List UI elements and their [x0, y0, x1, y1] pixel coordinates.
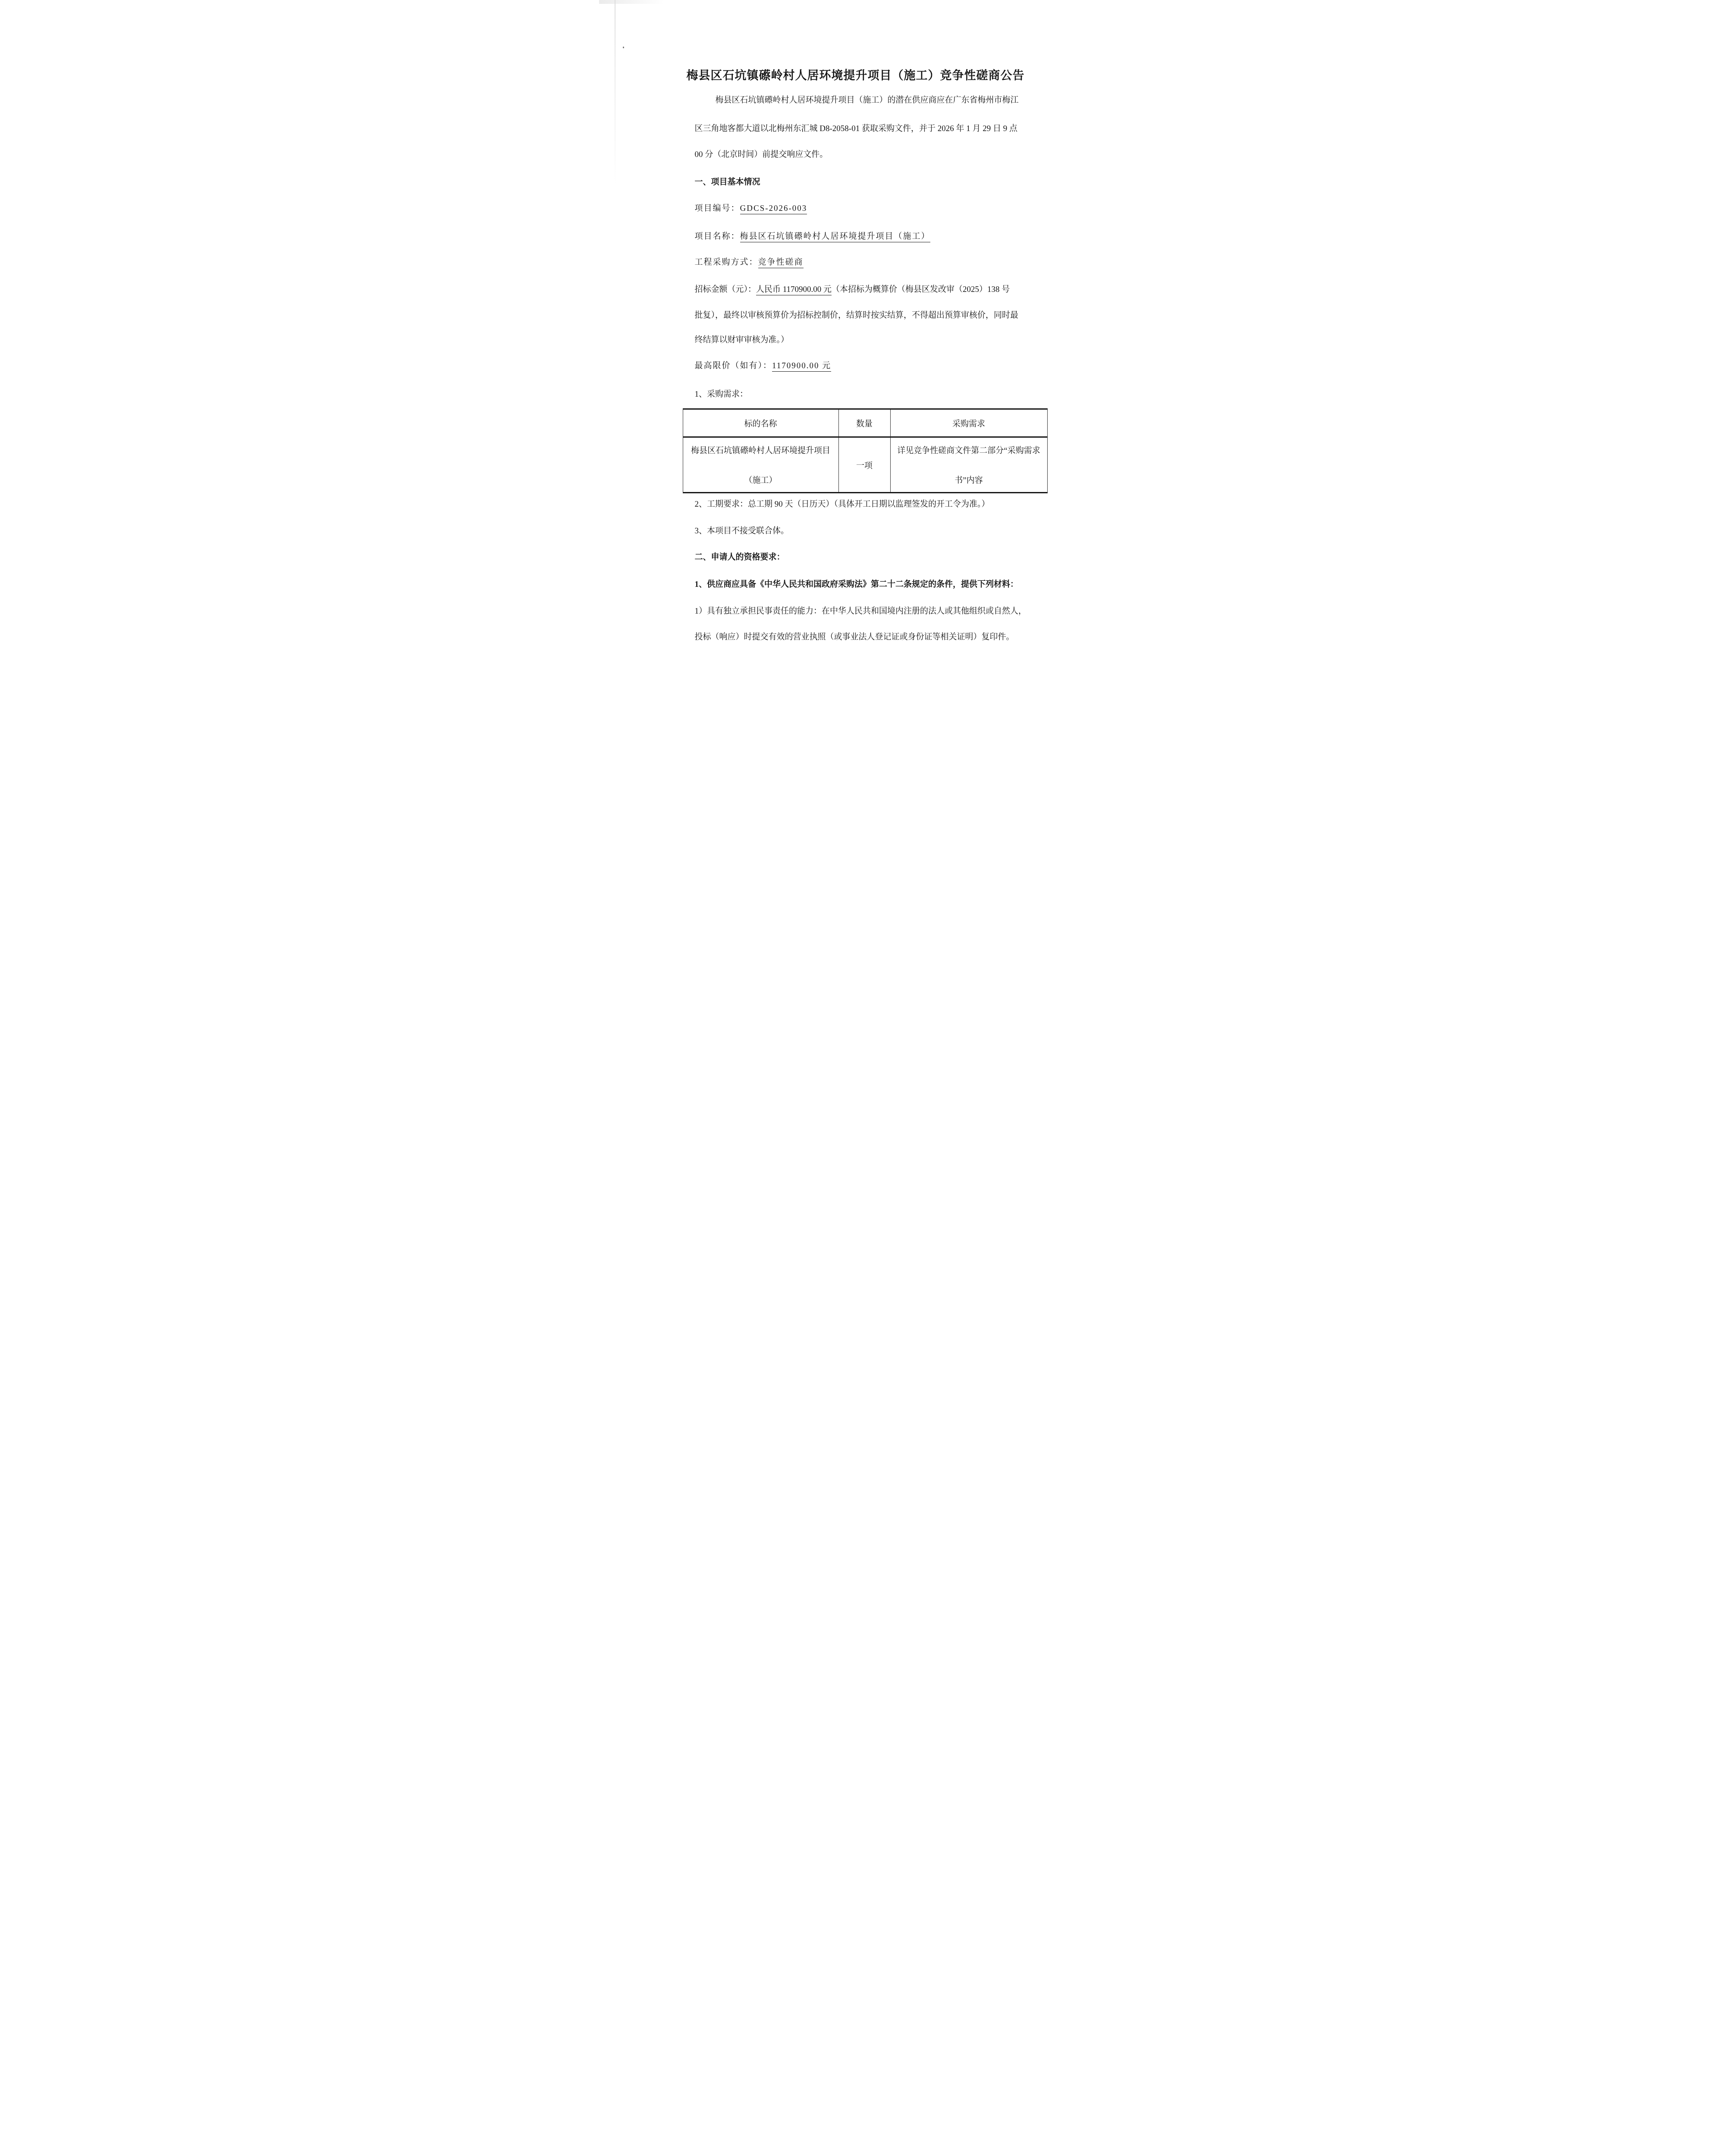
section2-heading: 二、申请人的资格要求：	[695, 552, 785, 563]
page-title: 梅县区石坑镇礤岭村人居环境提升项目（施工）竞争性磋商公告	[599, 66, 1112, 83]
document-page: 梅县区石坑镇礤岭村人居环境提升项目（施工）竞争性磋商公告 梅县区石坑镇礤岭村人居…	[599, 0, 1112, 726]
project-name-value: 梅县区石坑镇礤岭村人居环境提升项目（施工）	[740, 232, 930, 242]
procurement-method-value: 竞争性磋商	[758, 258, 804, 268]
table-header-subject: 标的名称	[683, 410, 839, 436]
max-price-label: 最高限价（如有）：	[695, 361, 772, 370]
intro-line-2: 区三角地客都大道以北梅州东汇城 D8-2058-01 获取采购文件，并于 202…	[695, 123, 1017, 135]
procurement-table: 标的名称 数量 采购需求 梅县区石坑镇礤岭村人居环境提升项目 （施工） 一项 详…	[683, 408, 1048, 493]
project-number-line: 项目编号：GDCS-2026-003	[695, 203, 807, 214]
section1-heading: 一、项目基本情况	[695, 177, 760, 188]
project-number-label: 项目编号：	[695, 204, 740, 213]
project-number-value: GDCS-2026-003	[740, 204, 807, 214]
tender-amount-line: 招标金额（元）：人民币 1170900.00 元（本招标为概算价（梅县区发改审（…	[695, 284, 1010, 295]
project-name-line: 项目名称：梅县区石坑镇礤岭村人居环境提升项目（施工）	[695, 231, 930, 242]
scan-speck	[623, 47, 624, 48]
intro-line-3: 00 分（北京时间）前提交响应文件。	[695, 149, 828, 160]
tender-amount-note-2: 批复），最终以审核预算价为招标控制价，结算时按实结算，不得超出预算审核价，同时最	[695, 310, 1019, 321]
tender-amount-note-1: （本招标为概算价（梅县区发改审（2025）138 号	[832, 285, 1010, 294]
subject-line-2: （施工）	[744, 474, 777, 486]
item3-line: 3、本项目不接受联合体。	[695, 526, 789, 537]
scan-corner-smudge	[599, 0, 664, 4]
table-cell-quantity: 一项	[839, 438, 891, 492]
tender-amount-value: 人民币 1170900.00 元	[756, 285, 832, 295]
table-cell-subject: 梅县区石坑镇礤岭村人居环境提升项目 （施工）	[683, 438, 839, 492]
tender-amount-label: 招标金额（元）：	[695, 285, 757, 294]
table-header-row: 标的名称 数量 采购需求	[683, 410, 1047, 438]
max-price-value: 1170900.00 元	[772, 361, 831, 372]
table-row: 梅县区石坑镇礤岭村人居环境提升项目 （施工） 一项 详见竞争性磋商文件第二部分“…	[683, 438, 1047, 492]
subject-line-1: 梅县区石坑镇礤岭村人居环境提升项目	[691, 444, 830, 456]
tender-amount-note-3: 终结算以财审审核为准。）	[695, 335, 789, 346]
item2-line: 2、工期要求：总工期 90 天（日历天）（具体开工日期以监理签发的开工令为准。）	[695, 499, 990, 510]
table-header-quantity: 数量	[839, 410, 891, 436]
procurement-method-label: 工程采购方式：	[695, 258, 758, 267]
table-cell-requirement: 详见竞争性磋商文件第二部分“采购需求 书”内容	[891, 438, 1047, 492]
project-name-label: 项目名称：	[695, 232, 740, 241]
requirement1-1-line-2: 投标（响应）时提交有效的营业执照（或事业法人登记证或身份证等相关证明）复印件。	[695, 632, 1014, 643]
item1-heading: 1、采购需求：	[695, 389, 748, 400]
procurement-method-line: 工程采购方式：竞争性磋商	[695, 257, 804, 268]
requirement1-line: 1、供应商应具备《中华人民共和国政府采购法》第二十二条规定的条件，提供下列材料：	[695, 579, 1019, 590]
requirement-line-1: 详见竞争性磋商文件第二部分“采购需求	[897, 444, 1040, 456]
intro-line-1: 梅县区石坑镇礤岭村人居环境提升项目（施工）的潜在供应商应在广东省梅州市梅江	[716, 95, 1019, 106]
scan-edge-line	[615, 0, 615, 185]
requirement-line-2: 书”内容	[954, 474, 983, 486]
requirement1-1-line-1: 1）具有独立承担民事责任的能力：在中华人民共和国境内注册的法人或其他组织或自然人…	[695, 606, 1027, 617]
max-price-line: 最高限价（如有）：1170900.00 元	[695, 360, 832, 372]
table-header-requirement: 采购需求	[891, 410, 1047, 436]
